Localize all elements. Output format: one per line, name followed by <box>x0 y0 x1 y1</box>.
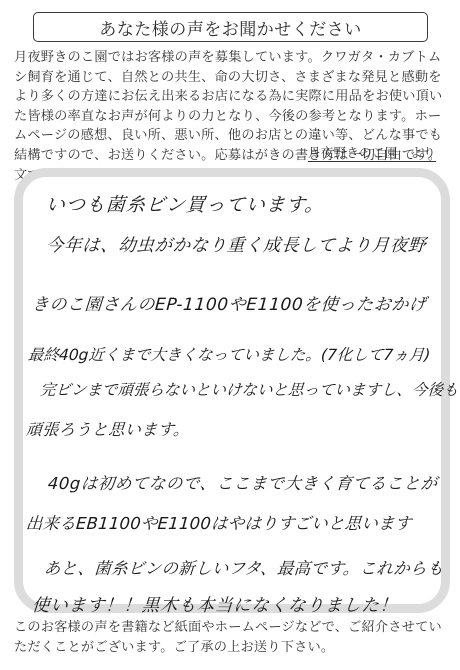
handwritten-line: 完ビンまで頑張らないといけないと思っていますし、今後も <box>39 378 459 400</box>
page-title: あなた様の声をお聞かせください <box>99 15 362 40</box>
handwritten-line: 今年は、幼虫がかなり重く成長してより月夜野 <box>45 232 427 257</box>
intro-paragraph: 月夜野きのこ園ではお客様の声を募集しています。クワガタ・カブトムシ飼育を通じて、… <box>14 48 446 185</box>
handwritten-line: きのこ園さんのEP-1100やE1100を使ったおかげ <box>31 290 427 315</box>
page-title-box: あなた様の声をお聞かせください <box>33 12 428 42</box>
handwritten-line: 頑張ろうと思います。 <box>25 417 190 440</box>
handwritten-line: 最終40g近くまで大きくなっていました。(7化して7ヵ月) <box>27 343 431 365</box>
signature: 月夜野きのこ園 より <box>308 145 436 162</box>
handwritten-line: いつも菌糸ビン買っています。 <box>45 190 325 217</box>
footer-notice: このお客様の声を書籍など紙面やホームページなどで、ご紹介させていただくことがござ… <box>14 618 446 657</box>
handwritten-line: 出来るEB1100やE1100はやはりすごいと思います <box>25 510 412 534</box>
handwritten-line: 使います！！黒木も本当になくなりました！ <box>31 592 399 617</box>
handwritten-line: あと、菌糸ビンの新しいフタ、最高です。これからも <box>43 555 444 579</box>
handwritten-line: 40gは初めてなので、ここまで大きく育てることが <box>47 470 438 494</box>
